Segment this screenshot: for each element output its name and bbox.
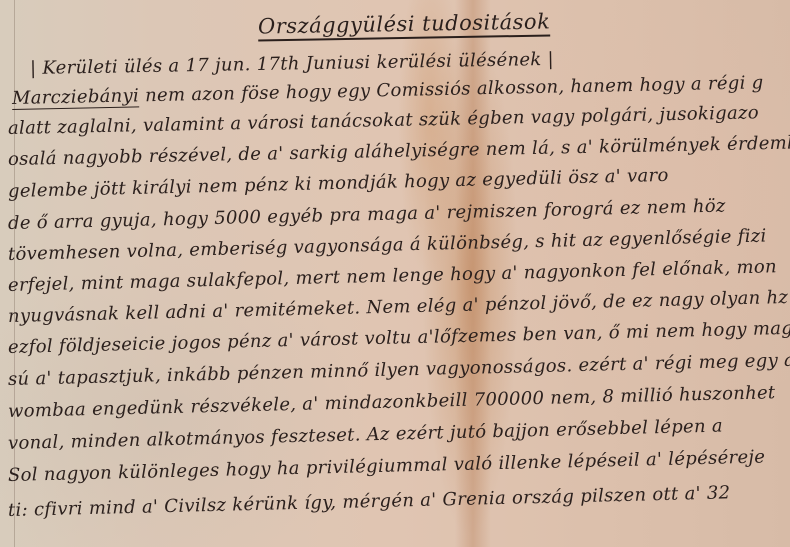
speaker-name: Marcziebányi xyxy=(12,85,140,110)
manuscript-line-1: Marcziebányi nem azon föse hogy egy Comi… xyxy=(12,72,764,109)
manuscript-line-12: vonal, minden alkotmányos feszteset. Az … xyxy=(8,416,723,454)
manuscript-line-14: ti: cfivri mind a' Civilsz kérünk így, m… xyxy=(8,482,731,521)
manuscript-line-13: Sol nagyon különleges hogy ha privilégiu… xyxy=(8,446,766,486)
manuscript-line-2: alatt zaglalni, valamint a városi tanács… xyxy=(8,102,759,139)
document-title: Országgyülési tudositások xyxy=(258,9,551,41)
manuscript-line-4: gelembe jött királyi nem pénz ki mondják… xyxy=(8,165,669,202)
manuscript-line-3: osalá nagyobb részével, de a' sarkig alá… xyxy=(8,133,790,170)
manuscript-page: Országgyülési tudositások | Kerületi ülé… xyxy=(0,0,790,547)
